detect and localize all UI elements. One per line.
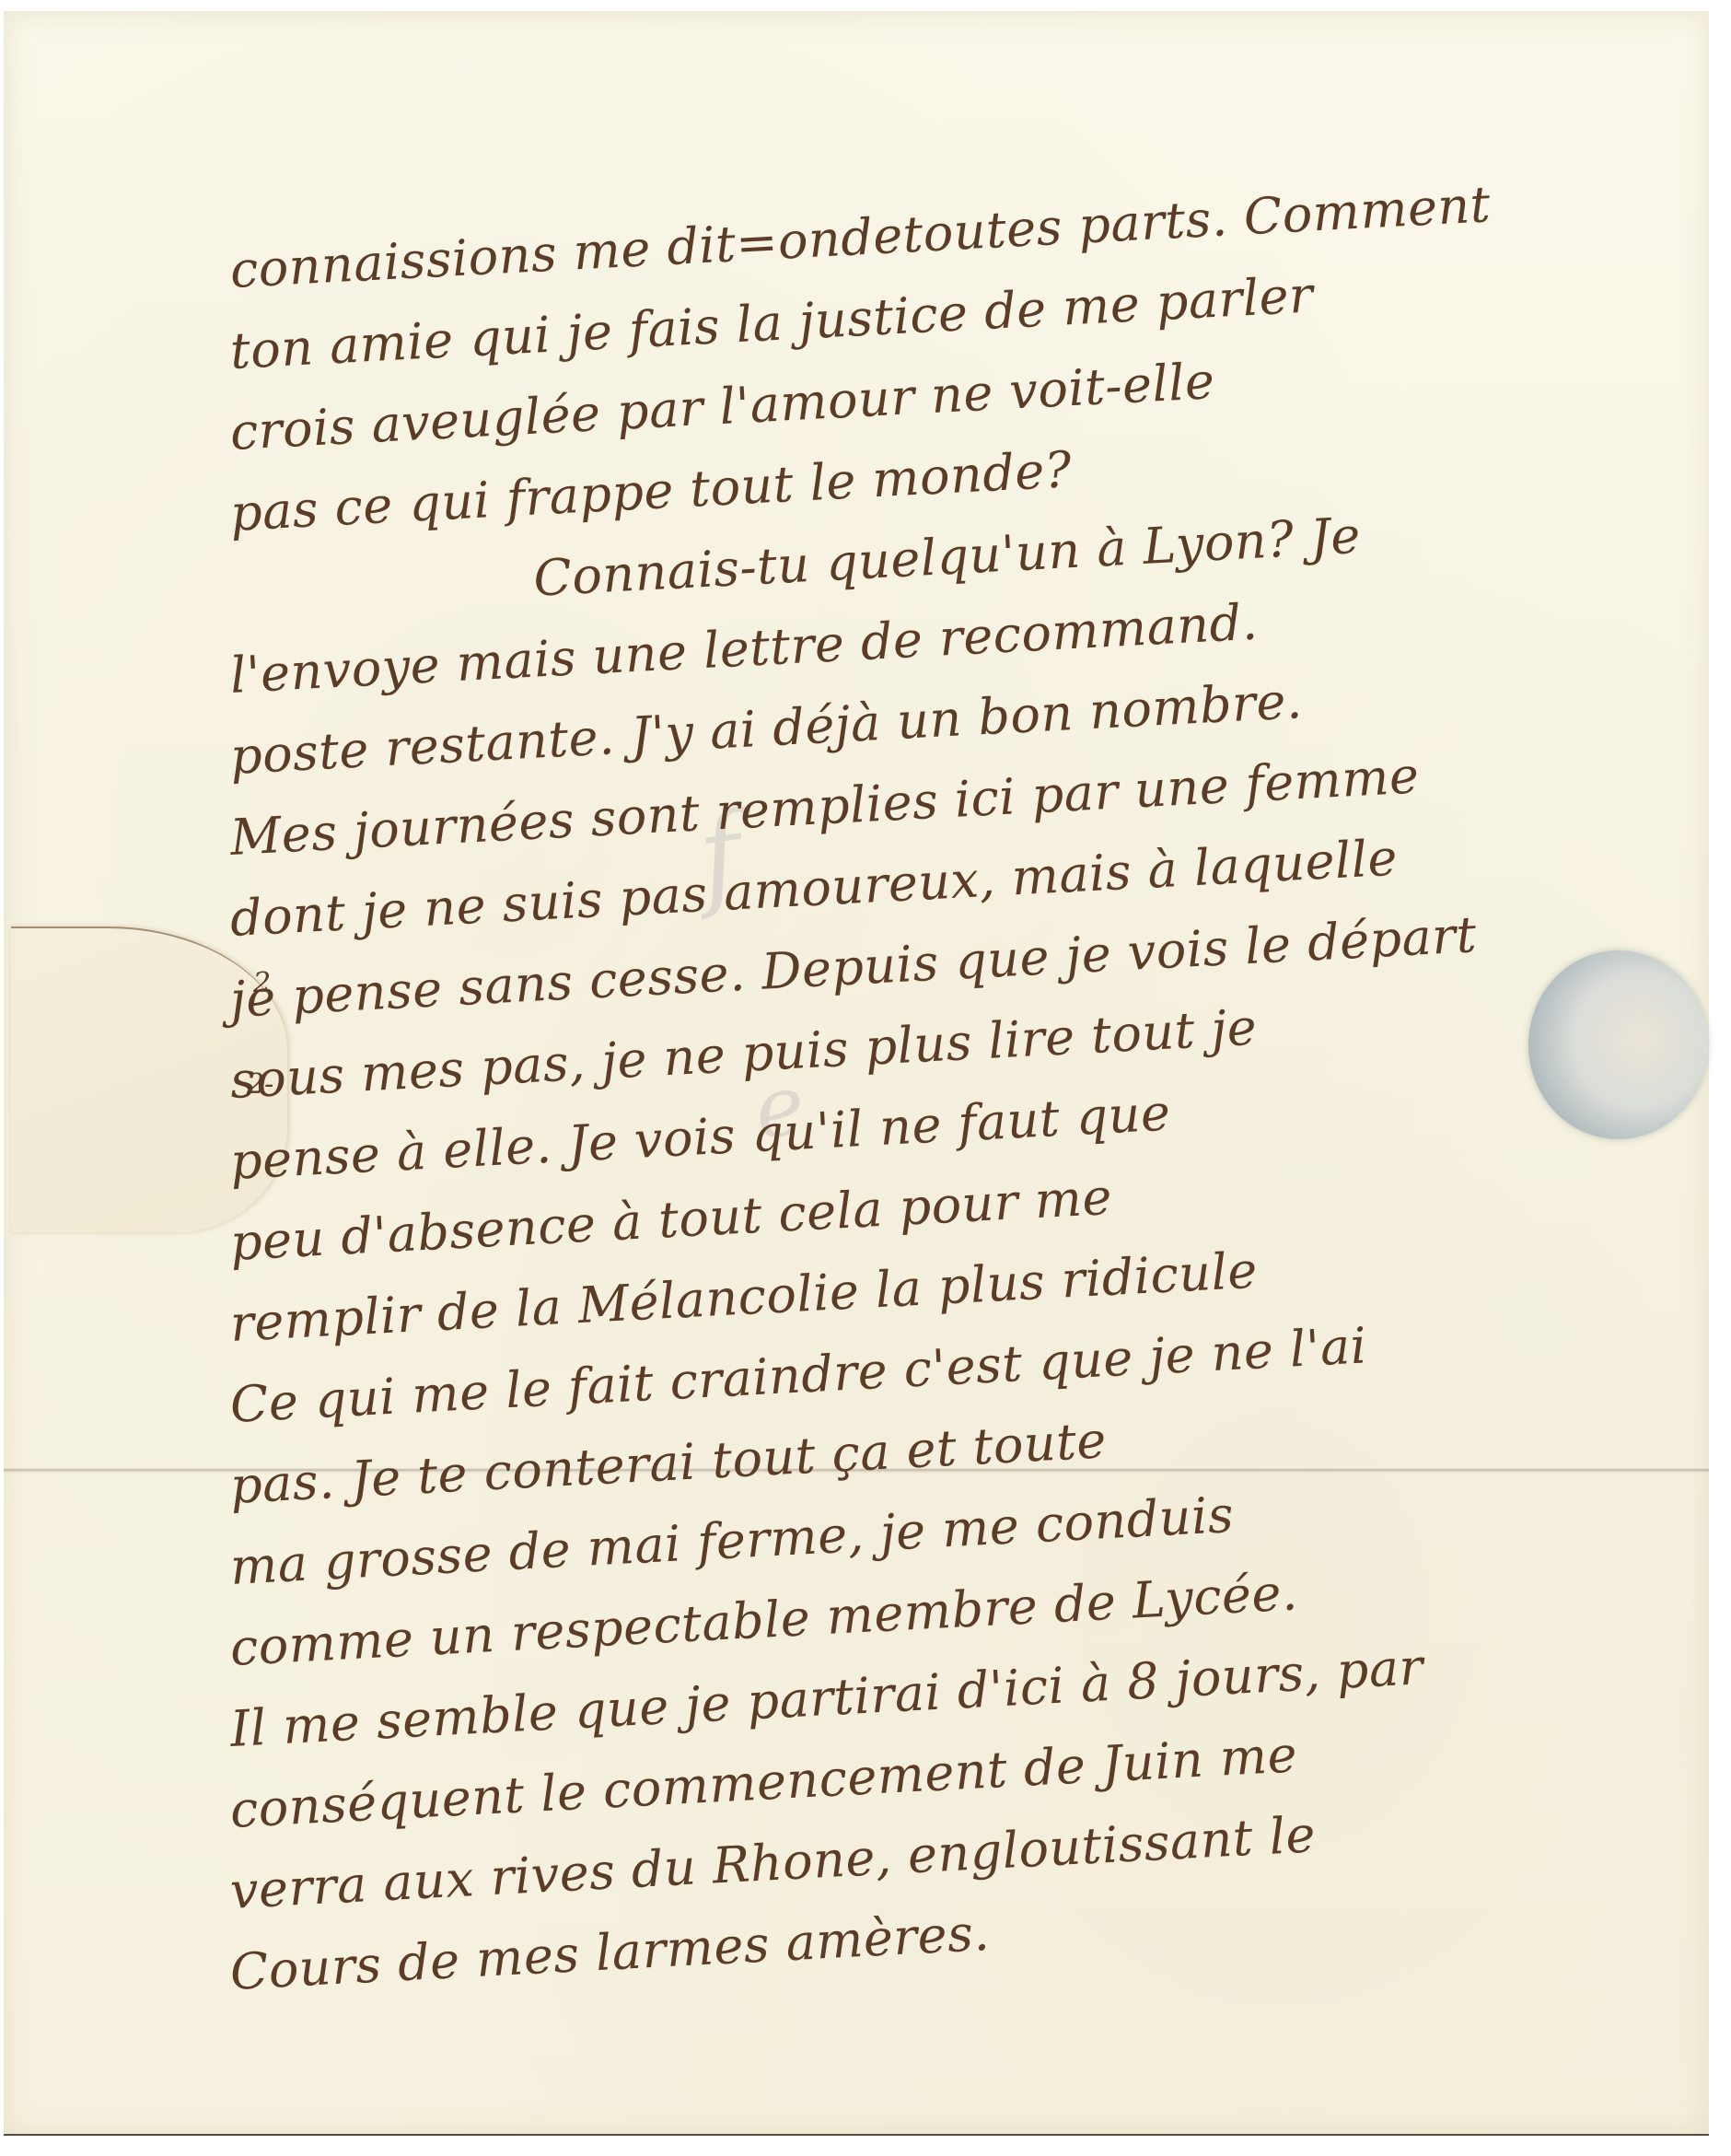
letter-body: connaissions me dit=ondetoutes parts. Co…: [230, 230, 1703, 2013]
